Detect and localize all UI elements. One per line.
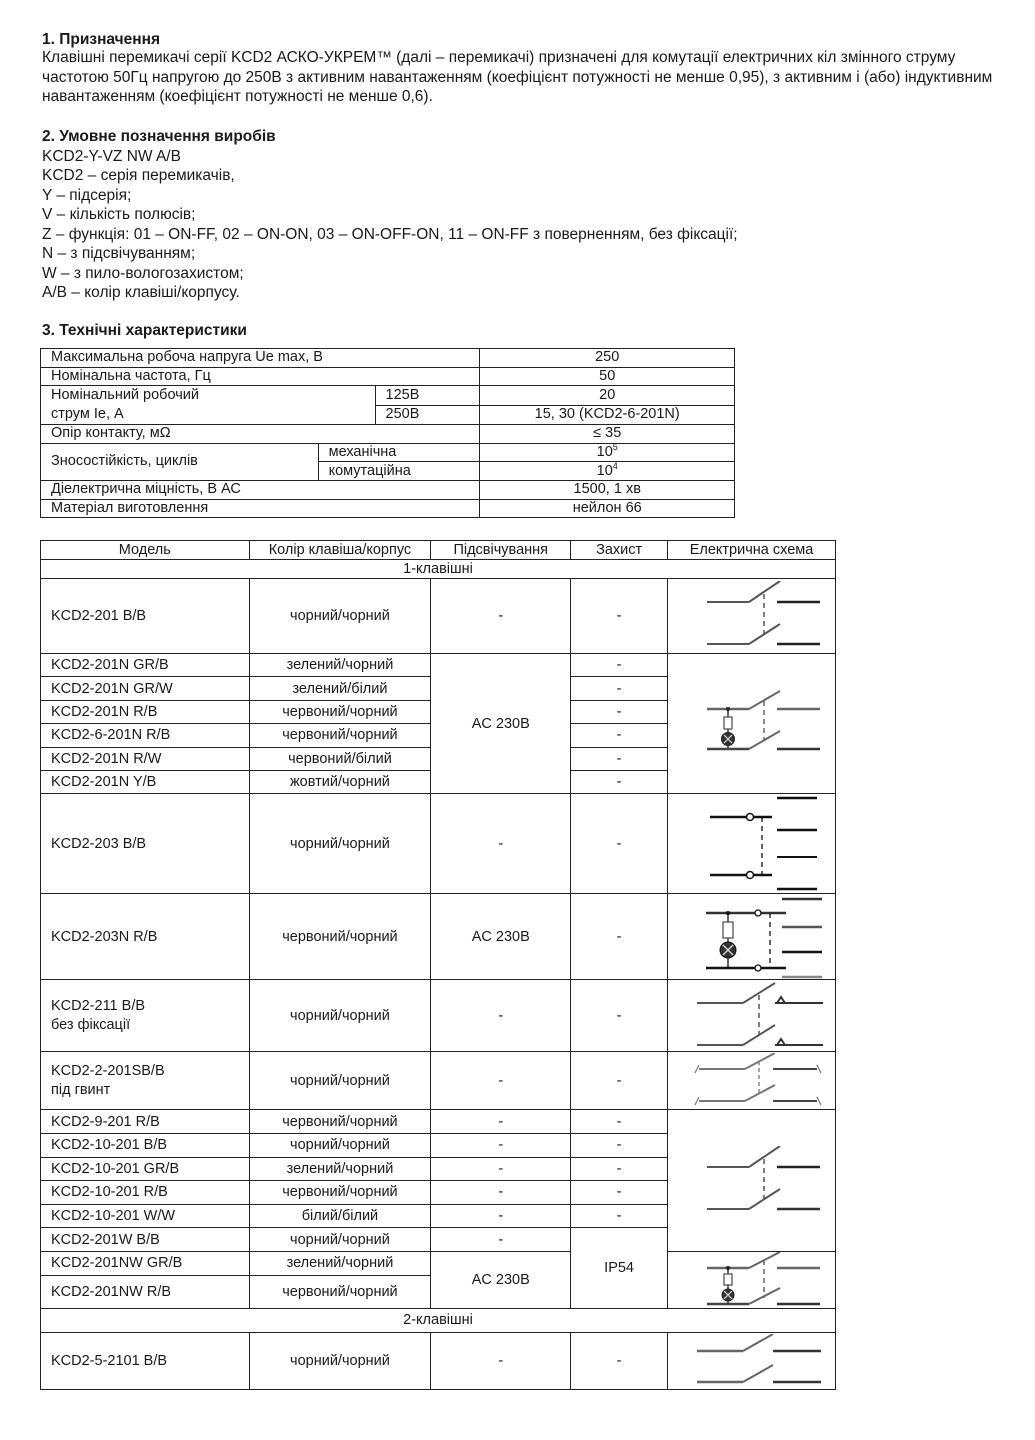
column-header-illumination: Підсвічування (431, 541, 571, 560)
model-cell: KCD2-2-201SB/B під гвинт (41, 1052, 250, 1110)
illumination-cell: - (431, 1157, 571, 1181)
illumination-cell: AC 230B (431, 1251, 571, 1308)
illumination-cell: - (431, 980, 571, 1052)
protection-cell: - (571, 980, 668, 1052)
spec-value: 105 (480, 443, 735, 462)
protection-cell: - (571, 770, 668, 793)
spec-sub-label: 250В (375, 405, 480, 425)
section-row-2-key: 2-клавішні (41, 1308, 836, 1332)
protection-cell: - (571, 1157, 668, 1181)
illumination-cell: - (431, 1228, 571, 1252)
momentary-switch-diagram-icon (668, 980, 836, 1052)
model-cell: KCD2-6-201N R/B (41, 724, 250, 747)
table-row: KCD2-203N R/B червоний/чорний AC 230B - (41, 894, 836, 980)
model-cell: KCD2-201N R/B (41, 700, 250, 723)
color-cell: чорний/чорний (249, 794, 431, 894)
protection-cell: - (571, 1204, 668, 1228)
spec-row: Номінальний робочий струм Ie, А 125В 20 (41, 386, 735, 406)
protection-cell: - (571, 579, 668, 654)
spec-label-line: струм Ie, А (51, 405, 375, 424)
column-header-model: Модель (41, 541, 250, 560)
illumination-cell: - (431, 1052, 571, 1110)
color-cell: червоний/чорний (249, 894, 431, 980)
illumination-cell: AC 230B (431, 894, 571, 980)
designation-line: KCD2 – серія перемикачів, (42, 166, 235, 186)
illuminated-double-pole-switch-diagram-icon (668, 1251, 836, 1308)
color-cell: зелений/чорний (249, 1157, 431, 1181)
color-cell: червоний/чорний (249, 1181, 431, 1205)
protection-cell: - (571, 1052, 668, 1110)
screw-terminal-switch-diagram-icon (668, 1052, 836, 1110)
spec-value: 250 (480, 349, 735, 368)
illumination-cell: - (431, 579, 571, 654)
models-table: Модель Колір клавіша/корпус Підсвічуванн… (40, 540, 836, 1390)
spec-row: Зносостійкість, циклів механічна 105 (41, 443, 735, 462)
color-cell: зелений/чорний (249, 654, 431, 677)
model-note: під гвинт (51, 1081, 249, 1100)
illumination-cell: - (431, 1181, 571, 1205)
protection-cell: - (571, 1332, 668, 1389)
protection-cell: - (571, 700, 668, 723)
spec-row: Опір контакту, мΩ ≤ 35 (41, 425, 735, 444)
spec-value: 1500, 1 хв (480, 480, 735, 499)
illumination-cell: - (431, 1110, 571, 1134)
model-cell: KCD2-201N R/W (41, 747, 250, 770)
color-cell: чорний/чорний (249, 1133, 431, 1157)
column-header-schematic: Електрична схема (668, 541, 836, 560)
illumination-cell: - (431, 1133, 571, 1157)
column-header-color: Колір клавіша/корпус (249, 541, 431, 560)
color-cell: зелений/чорний (249, 1251, 431, 1275)
spec-label: Максимальна робоча напруга Ue max, В (41, 349, 480, 368)
model-cell: KCD2-201 B/B (41, 579, 250, 654)
column-header-protection: Захист (571, 541, 668, 560)
protection-cell: - (571, 1133, 668, 1157)
designation-line: W – з пило-вологозахистом; (42, 264, 244, 284)
protection-cell: - (571, 894, 668, 980)
spec-row: Максимальна робоча напруга Ue max, В 250 (41, 349, 735, 368)
color-cell: жовтий/чорний (249, 770, 431, 793)
designation-line: Y – підсерія; (42, 186, 131, 206)
designation-line: N – з підсвічуванням; (42, 244, 195, 264)
color-cell: червоний/білий (249, 747, 431, 770)
model-cell: KCD2-5-2101 B/B (41, 1332, 250, 1389)
spec-value: 50 (480, 367, 735, 386)
table-row: KCD2-203 B/B чорний/чорний - - (41, 794, 836, 894)
model-cell: KCD2-203N R/B (41, 894, 250, 980)
model-cell: KCD2-201W B/B (41, 1228, 250, 1252)
power-base: 10 (597, 463, 613, 479)
table-header-row: Модель Колір клавіша/корпус Підсвічуванн… (41, 541, 836, 560)
section-row-1-key: 1-клавішні (41, 560, 836, 579)
spec-label: Матеріал виготовлення (41, 499, 480, 518)
section-label: 2-клавішні (41, 1308, 836, 1332)
spec-value: 104 (480, 462, 735, 481)
color-cell: червоний/чорний (249, 724, 431, 747)
section-label: 1-клавішні (41, 560, 836, 579)
power-exponent: 4 (613, 461, 618, 471)
model-cell: KCD2-10-201 W/W (41, 1204, 250, 1228)
spec-table: Максимальна робоча напруга Ue max, В 250… (40, 348, 735, 518)
color-cell: чорний/чорний (249, 1052, 431, 1110)
designation-line: V – кількість полюсів; (42, 205, 195, 225)
spec-label-line: Номінальний робочий (51, 386, 375, 405)
protection-cell: - (571, 1110, 668, 1134)
model-cell: KCD2-10-201 B/B (41, 1133, 250, 1157)
section-2-heading: 2. Умовне позначення виробів (42, 127, 276, 147)
color-cell: чорний/чорний (249, 1228, 431, 1252)
illumination-cell: - (431, 794, 571, 894)
protection-cell: - (571, 654, 668, 677)
illumination-cell: - (431, 1332, 571, 1389)
spec-row: Діелектрична міцність, В АС 1500, 1 хв (41, 480, 735, 499)
protection-cell: IP54 (571, 1228, 668, 1309)
table-row: KCD2-201NW GR/B зелений/чорний AC 230B (41, 1251, 836, 1275)
protection-cell: - (571, 747, 668, 770)
model-cell: KCD2-10-201 GR/B (41, 1157, 250, 1181)
color-cell: червоний/чорний (249, 700, 431, 723)
spec-sub-label: механічна (318, 443, 480, 462)
section-1-heading: 1. Призначення (42, 30, 160, 50)
spec-row: Номінальна частота, Гц 50 (41, 367, 735, 386)
color-cell: чорний/чорний (249, 980, 431, 1052)
table-row: KCD2-211 B/B без фіксації чорний/чорний … (41, 980, 836, 1052)
model-cell: KCD2-201N GR/W (41, 677, 250, 700)
protection-cell: - (571, 1181, 668, 1205)
color-cell: зелений/білий (249, 677, 431, 700)
designation-line: A/B – колір клавіші/корпусу. (42, 283, 240, 303)
power-base: 10 (597, 444, 613, 460)
spec-value: нейлон 66 (480, 499, 735, 518)
color-cell: чорний/чорний (249, 579, 431, 654)
table-row: KCD2-201N GR/B зелений/чорний AC 230B - (41, 654, 836, 677)
spec-row: Матеріал виготовлення нейлон 66 (41, 499, 735, 518)
illumination-cell: - (431, 1204, 571, 1228)
spec-value: ≤ 35 (480, 425, 735, 444)
model-cell: KCD2-203 B/B (41, 794, 250, 894)
model-cell: KCD2-201N Y/B (41, 770, 250, 793)
designation-format: KCD2-Y-VZ NW A/B (42, 147, 181, 167)
power-exponent: 5 (613, 442, 618, 452)
table-row: KCD2-9-201 R/B червоний/чорний - - (41, 1110, 836, 1134)
spec-label: Діелектрична міцність, В АС (41, 480, 480, 499)
model-name: KCD2-211 B/B (51, 997, 249, 1016)
model-name: KCD2-2-201SB/B (51, 1062, 249, 1081)
spec-sub-label: комутаційна (318, 462, 480, 481)
illuminated-on-off-on-switch-diagram-icon (668, 894, 836, 980)
illumination-cell: AC 230B (431, 654, 571, 794)
table-row: KCD2-2-201SB/B під гвинт чорний/чорний -… (41, 1052, 836, 1110)
color-cell: чорний/чорний (249, 1332, 431, 1389)
spec-label: Опір контакту, мΩ (41, 425, 480, 444)
spec-label: Номінальний робочий струм Ie, А (41, 386, 376, 425)
section-3-heading: 3. Технічні характеристики (42, 321, 247, 341)
double-pole-switch-diagram-icon (668, 1110, 836, 1252)
model-cell: KCD2-201NW R/B (41, 1275, 250, 1308)
spec-value: 15, 30 (KCD2-6-201N) (480, 405, 735, 425)
model-note: без фіксації (51, 1016, 249, 1035)
model-cell: KCD2-211 B/B без фіксації (41, 980, 250, 1052)
illuminated-double-pole-switch-diagram-icon (668, 654, 836, 794)
model-cell: KCD2-9-201 R/B (41, 1110, 250, 1134)
table-row: KCD2-201 B/B чорний/чорний - - (41, 579, 836, 654)
double-pole-switch-diagram-icon (668, 579, 836, 654)
spec-label: Номінальна частота, Гц (41, 367, 480, 386)
model-cell: KCD2-10-201 R/B (41, 1181, 250, 1205)
model-cell: KCD2-201NW GR/B (41, 1251, 250, 1275)
color-cell: білий/білий (249, 1204, 431, 1228)
spec-label: Зносостійкість, циклів (41, 443, 319, 480)
model-cell: KCD2-201N GR/B (41, 654, 250, 677)
color-cell: червоний/чорний (249, 1110, 431, 1134)
designation-line: Z – функція: 01 – ON-FF, 02 – ON-ON, 03 … (42, 225, 738, 245)
protection-cell: - (571, 724, 668, 747)
table-row: KCD2-5-2101 B/B чорний/чорний - - (41, 1332, 836, 1389)
protection-cell: - (571, 794, 668, 894)
section-1-text: Клавішні перемикачі серії KCD2 АСКО-УКРЕ… (42, 48, 1012, 107)
color-cell: червоний/чорний (249, 1275, 431, 1308)
two-key-switch-diagram-icon (668, 1332, 836, 1389)
spec-value: 20 (480, 386, 735, 406)
on-off-on-switch-diagram-icon (668, 794, 836, 894)
spec-sub-label: 125В (375, 386, 480, 406)
protection-cell: - (571, 677, 668, 700)
